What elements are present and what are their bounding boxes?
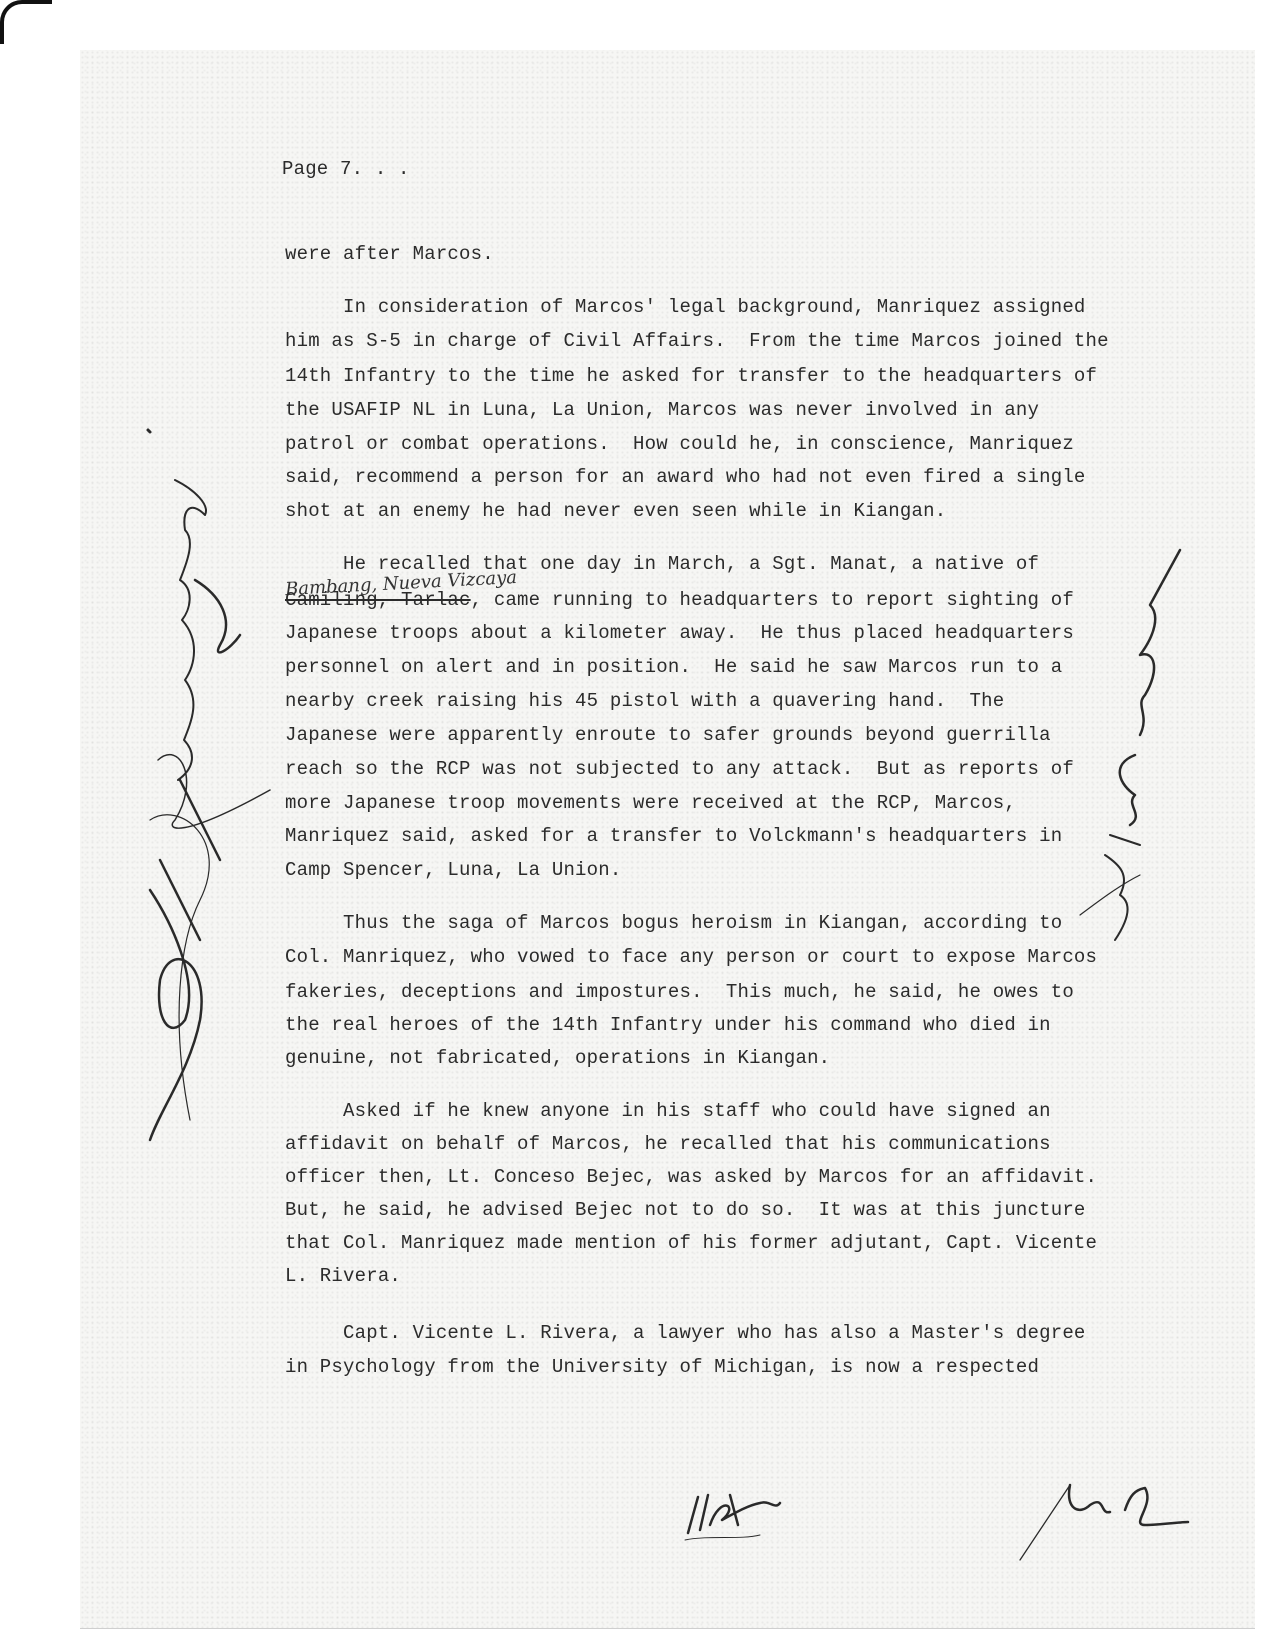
text-line: were after Marcos. xyxy=(285,243,494,265)
text-line: said, recommend a person for an award wh… xyxy=(285,466,1086,488)
text-line-rest: , came running to headquarters to report… xyxy=(471,589,1074,611)
text-line: In consideration of Marcos' legal backgr… xyxy=(285,296,1086,318)
text-line: But, he said, he advised Bejec not to do… xyxy=(285,1199,1086,1221)
page-header: Page 7. . . xyxy=(282,158,410,180)
text-line: the real heroes of the 14th Infantry und… xyxy=(285,1014,1051,1036)
text-line: He recalled that one day in March, a Sgt… xyxy=(285,553,1039,575)
text-line: fakeries, deceptions and impostures. Thi… xyxy=(285,981,1074,1003)
scan-corner-mark xyxy=(0,0,52,44)
text-line: more Japanese troop movements were recei… xyxy=(285,792,1016,814)
text-line: genuine, not fabricated, operations in K… xyxy=(285,1047,830,1069)
text-line: Thus the saga of Marcos bogus heroism in… xyxy=(285,912,1062,934)
struck-text: Camiling, Tarlac xyxy=(285,589,471,611)
text-line: that Col. Manriquez made mention of his … xyxy=(285,1232,1097,1254)
right-margin-signature xyxy=(1080,545,1200,945)
text-line: personnel on alert and in position. He s… xyxy=(285,656,1062,678)
text-line: Asked if he knew anyone in his staff who… xyxy=(285,1100,1051,1122)
text-line: affidavit on behalf of Marcos, he recall… xyxy=(285,1133,1051,1155)
text-line: Capt. Vicente L. Rivera, a lawyer who ha… xyxy=(285,1322,1086,1344)
text-line: patrol or combat operations. How could h… xyxy=(285,433,1074,455)
text-line: him as S-5 in charge of Civil Affairs. F… xyxy=(285,330,1109,352)
text-line: the USAFIP NL in Luna, La Union, Marcos … xyxy=(285,399,1039,421)
text-line: Col. Manriquez, who vowed to face any pe… xyxy=(285,946,1097,968)
text-line: shot at an enemy he had never even seen … xyxy=(285,500,946,522)
text-line: Manriquez said, asked for a transfer to … xyxy=(285,825,1062,847)
bottom-initials-right xyxy=(1010,1480,1190,1570)
text-line: reach so the RCP was not subjected to an… xyxy=(285,758,1074,780)
text-line: Japanese were apparently enroute to safe… xyxy=(285,724,1051,746)
text-line: Japanese troops about a kilometer away. … xyxy=(285,622,1074,644)
text-line: in Psychology from the University of Mic… xyxy=(285,1356,1039,1378)
bottom-initials-left xyxy=(680,1485,790,1545)
text-line: L. Rivera. xyxy=(285,1265,401,1287)
text-line: nearby creek raising his 45 pistol with … xyxy=(285,690,1004,712)
left-margin-signature xyxy=(140,420,260,1160)
text-line: officer then, Lt. Conceso Bejec, was ask… xyxy=(285,1166,1097,1188)
text-line: 14th Infantry to the time he asked for t… xyxy=(285,365,1097,387)
text-line: Camp Spencer, Luna, La Union. xyxy=(285,859,621,881)
text-line-with-correction: Camiling, Tarlac, came running to headqu… xyxy=(285,589,1074,611)
